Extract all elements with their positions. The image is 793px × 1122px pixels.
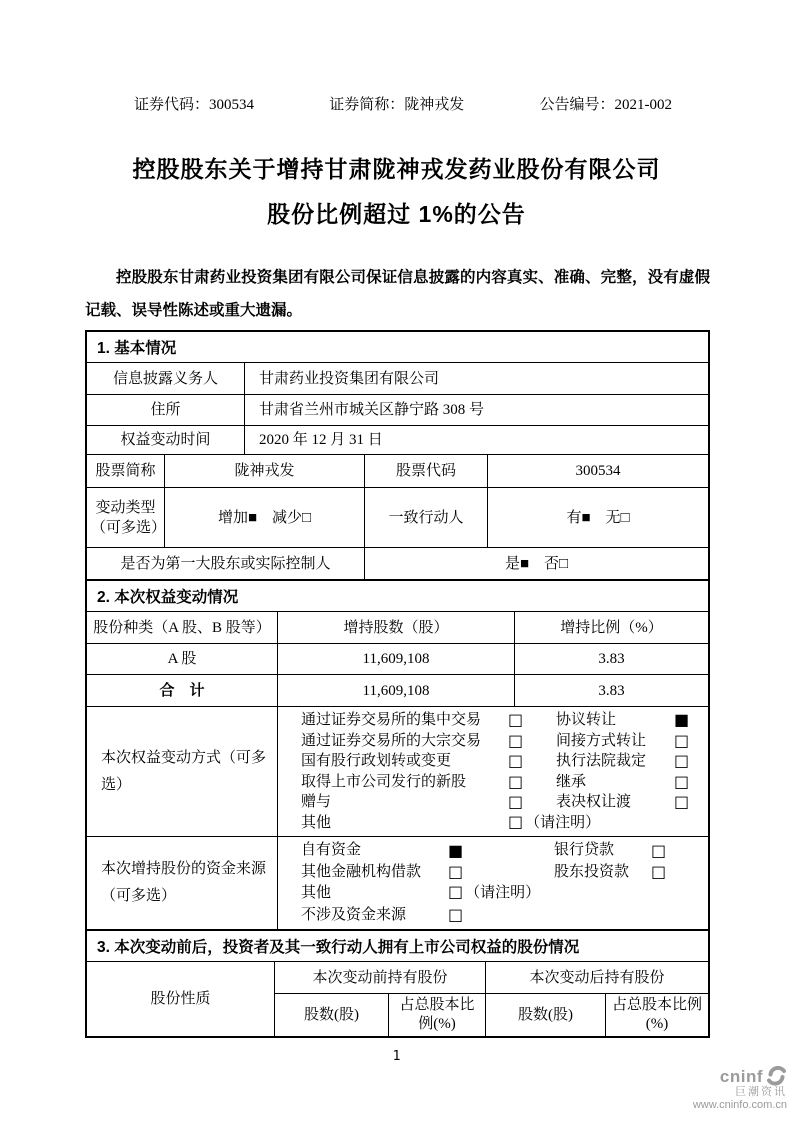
stock-info-row: 股票简称 陇神戎发 股票代码 300534 — [87, 454, 708, 487]
change-method-row: 本次权益变动方式（可多选） 通过证券交易所的集中交易 □ 协议转让 ■ 通过证券… — [87, 706, 708, 836]
row-value: 300534 — [487, 455, 708, 487]
checkbox-unchecked: □ — [674, 753, 702, 769]
column-header-shares: 股数(股) — [486, 994, 605, 1036]
concert-party-checkboxes: 有■ 无□ — [487, 488, 708, 547]
checkbox-unchecked: □ — [508, 794, 556, 810]
checkbox-unchecked: □ — [508, 812, 523, 831]
row-label: 股票简称 — [87, 455, 164, 487]
checkbox-unchecked: □ — [508, 712, 556, 728]
checkbox-checked: ■ — [674, 712, 702, 728]
option-label: 不涉及资金来源 — [301, 905, 448, 927]
section2-column-header-row: 股份种类（A 股、B 股等） 增持股数（股） 增持比例（%） — [87, 611, 708, 643]
option-label: 其他 — [301, 813, 508, 834]
cninfo-url: www.cninfo.com.cn — [693, 1099, 787, 1112]
before-change-group: 本次变动前持有股份 股数(股) 占总股本比例(%) — [274, 962, 485, 1036]
checkbox-unchecked: □ — [508, 774, 556, 790]
option-label: 执行法院裁定 — [556, 751, 674, 772]
share-count: 11,609,108 — [277, 644, 514, 674]
table-row: A 股 11,609,108 3.83 — [87, 643, 708, 674]
checkbox-unchecked: □ — [448, 907, 554, 923]
yes-no-checkboxes: 是■ 否□ — [364, 548, 708, 579]
checkbox-checked: ■ — [448, 843, 554, 859]
option-label: 自有资金 — [301, 840, 448, 862]
checkbox-unchecked: □ — [651, 843, 702, 859]
checkbox-line: 其他 □（请注明） — [301, 813, 702, 834]
row-label: 住所 — [87, 395, 244, 425]
option-note: □（请注明） — [448, 883, 702, 905]
stock-code: 证券代码：300534 — [134, 95, 254, 115]
checkbox-line: 自有资金 ■ 银行贷款 □ — [301, 840, 702, 862]
change-type-checkboxes: 增加■ 减少□ — [164, 488, 364, 547]
option-label: 间接方式转让 — [556, 731, 674, 752]
table-row-total: 合 计 11,609,108 3.83 — [87, 674, 708, 706]
after-change-group: 本次变动后持有股份 股数(股) 占总股本比例(%) — [485, 962, 708, 1036]
largest-shareholder-row: 是否为第一大股东或实际控制人 是■ 否□ — [87, 547, 708, 579]
column-header-shares: 股数(股) — [275, 994, 388, 1036]
checkbox-unchecked: □ — [448, 864, 554, 880]
document-title-line2: 股份比例超过 1%的公告 — [0, 198, 793, 230]
section2-header: 2. 本次权益变动情况 — [87, 579, 708, 611]
row-label: 是否为第一大股东或实际控制人 — [87, 548, 364, 579]
option-label: 其他 — [301, 883, 448, 905]
checkbox-unchecked: □ — [508, 753, 556, 769]
table-row: 住所 甘肃省兰州市城关区静宁路 308 号 — [87, 394, 708, 425]
document-header: 证券代码：300534 证券简称：陇神戎发 公告编号：2021-002 — [134, 95, 672, 115]
cninfo-logo-icon — [765, 1066, 787, 1086]
option-note: □（请注明） — [508, 813, 702, 834]
share-kind: A 股 — [87, 644, 277, 674]
row-label: 本次权益变动方式（可多选） — [87, 707, 277, 836]
row-value: 甘肃药业投资集团有限公司 — [244, 363, 708, 394]
table-row: 信息披露义务人 甘肃药业投资集团有限公司 — [87, 362, 708, 394]
share-count: 11,609,108 — [277, 675, 514, 706]
announcement-number: 公告编号：2021-002 — [540, 95, 673, 115]
stock-short-name: 证券简称：陇神戎发 — [329, 95, 464, 115]
row-label: 信息披露义务人 — [87, 363, 244, 394]
row-value: 甘肃省兰州市城关区静宁路 308 号 — [244, 395, 708, 425]
option-label: 表决权让渡 — [556, 792, 674, 813]
change-method-options: 通过证券交易所的集中交易 □ 协议转让 ■ 通过证券交易所的大宗交易 □ 间接方… — [277, 707, 708, 836]
checkbox-line: 不涉及资金来源 □ — [301, 905, 702, 927]
column-header-ratio: 占总股本比例(%) — [388, 994, 485, 1036]
option-label: 协议转让 — [556, 710, 674, 731]
row-label: 变动类型（可多选） — [87, 488, 164, 547]
cninfo-chinese-name: 巨潮资讯 — [693, 1086, 787, 1099]
option-label: 继承 — [556, 772, 674, 793]
option-label: 银行贷款 — [554, 840, 651, 862]
checkbox-line: 国有股行政划转或变更 □ 执行法院裁定 □ — [301, 751, 702, 772]
share-ratio: 3.83 — [514, 644, 708, 674]
table-row: 权益变动时间 2020 年 12 月 31 日 — [87, 425, 708, 454]
column-header: 增持股数（股） — [277, 612, 514, 643]
page-number: 1 — [0, 1049, 793, 1064]
checkbox-line: 赠与 □ 表决权让渡 □ — [301, 792, 702, 813]
checkbox-unchecked: □ — [674, 774, 702, 790]
option-label: 赠与 — [301, 792, 508, 813]
checkbox-unchecked: □ — [674, 733, 702, 749]
section3-header: 3. 本次变动前后，投资者及其一致行动人拥有上市公司权益的股份情况 — [87, 929, 708, 961]
group-header-after: 本次变动后持有股份 — [486, 962, 708, 993]
column-header-share-nature: 股份性质 — [87, 962, 274, 1036]
change-type-row: 变动类型（可多选） 增加■ 减少□ 一致行动人 有■ 无□ — [87, 487, 708, 547]
option-label: 国有股行政划转或变更 — [301, 751, 508, 772]
cninfo-brand: cninf 巨潮资讯 www.cninfo.com.cn — [693, 1066, 787, 1112]
option-label: 取得上市公司发行的新股 — [301, 772, 508, 793]
document-page: 证券代码：300534 证券简称：陇神戎发 公告编号：2021-002 控股股东… — [0, 0, 793, 1122]
note-text: （请注明） — [525, 815, 600, 831]
declaration-paragraph: 控股股东甘肃药业投资集团有限公司保证信息披露的内容真实、准确、完整，没有虚假记载… — [85, 261, 710, 327]
column-header-ratio: 占总股本比例(%) — [605, 994, 708, 1036]
row-value: 陇神戎发 — [164, 455, 364, 487]
row-label: 本次增持股份的资金来源（可多选） — [87, 837, 277, 929]
funds-source-row: 本次增持股份的资金来源（可多选） 自有资金 ■ 银行贷款 □ 其他金融机构借款 … — [87, 836, 708, 929]
checkbox-unchecked: □ — [651, 864, 702, 880]
group-header-before: 本次变动前持有股份 — [275, 962, 485, 993]
announcement-table: 1. 基本情况 信息披露义务人 甘肃药业投资集团有限公司 住所 甘肃省兰州市城关… — [85, 330, 710, 1038]
column-header: 股份种类（A 股、B 股等） — [87, 612, 277, 643]
checkbox-unchecked: □ — [448, 882, 463, 901]
checkbox-line: 其他金融机构借款 □ 股东投资款 □ — [301, 862, 702, 884]
column-header: 增持比例（%） — [514, 612, 708, 643]
checkbox-unchecked: □ — [674, 794, 702, 810]
row-label: 权益变动时间 — [87, 426, 244, 454]
row-label: 一致行动人 — [364, 488, 487, 547]
checkbox-line: 通过证券交易所的集中交易 □ 协议转让 ■ — [301, 710, 702, 731]
section3-column-header-row: 股份性质 本次变动前持有股份 股数(股) 占总股本比例(%) 本次变动后持有股份… — [87, 961, 708, 1036]
share-kind: 合 计 — [87, 675, 277, 706]
option-label: 通过证券交易所的大宗交易 — [301, 731, 508, 752]
option-label: 股东投资款 — [554, 862, 651, 884]
section1-header: 1. 基本情况 — [87, 332, 708, 362]
option-label: 通过证券交易所的集中交易 — [301, 710, 508, 731]
checkbox-line: 通过证券交易所的大宗交易 □ 间接方式转让 □ — [301, 731, 702, 752]
row-value: 2020 年 12 月 31 日 — [244, 426, 708, 454]
share-ratio: 3.83 — [514, 675, 708, 706]
row-label: 股票代码 — [364, 455, 487, 487]
option-label: 其他金融机构借款 — [301, 862, 448, 884]
checkbox-line: 取得上市公司发行的新股 □ 继承 □ — [301, 772, 702, 793]
note-text: （请注明） — [465, 885, 540, 901]
checkbox-line: 其他 □（请注明） — [301, 883, 702, 905]
document-title-line1: 控股股东关于增持甘肃陇神戎发药业股份有限公司 — [0, 153, 793, 185]
checkbox-unchecked: □ — [508, 733, 556, 749]
cninfo-logo-text: cninf — [720, 1070, 763, 1083]
funds-source-options: 自有资金 ■ 银行贷款 □ 其他金融机构借款 □ 股东投资款 □ 其他 □（请注… — [277, 837, 708, 929]
